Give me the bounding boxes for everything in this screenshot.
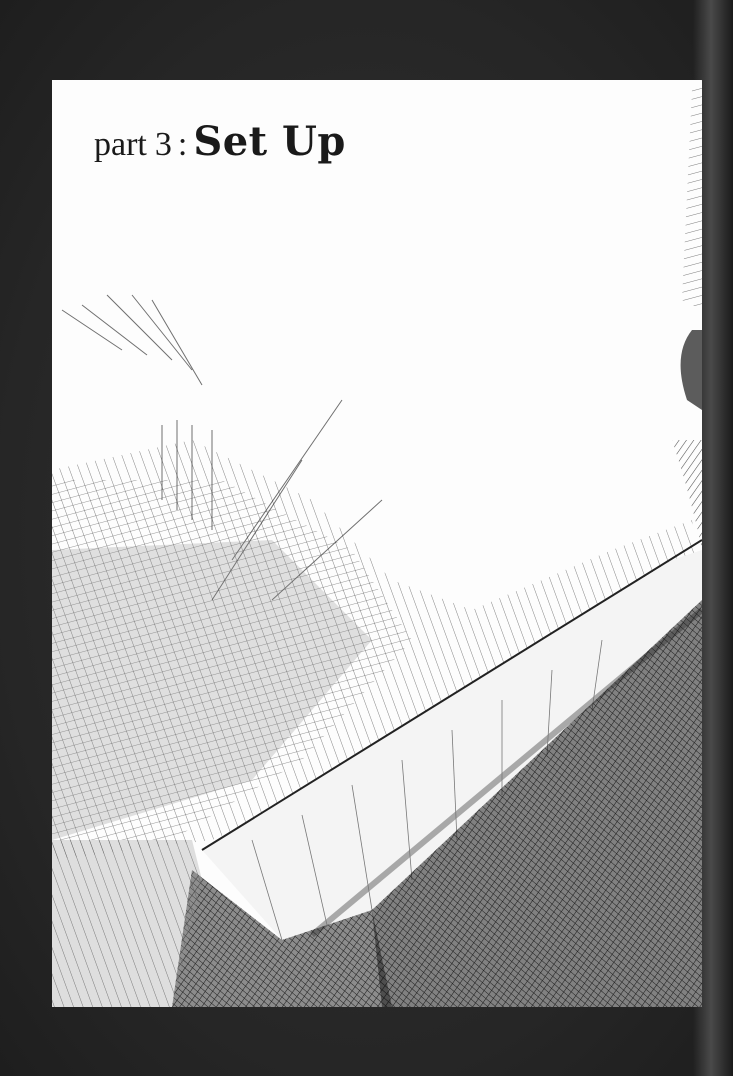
title-name: Set Up (193, 118, 346, 165)
ink-illustration (52, 80, 702, 1007)
page-panel: part3:Set Up (52, 80, 702, 1007)
title-separator: : (178, 126, 187, 163)
title-prefix: part (94, 126, 147, 163)
chapter-title: part3:Set Up (94, 118, 346, 165)
title-number: 3 (155, 126, 172, 163)
